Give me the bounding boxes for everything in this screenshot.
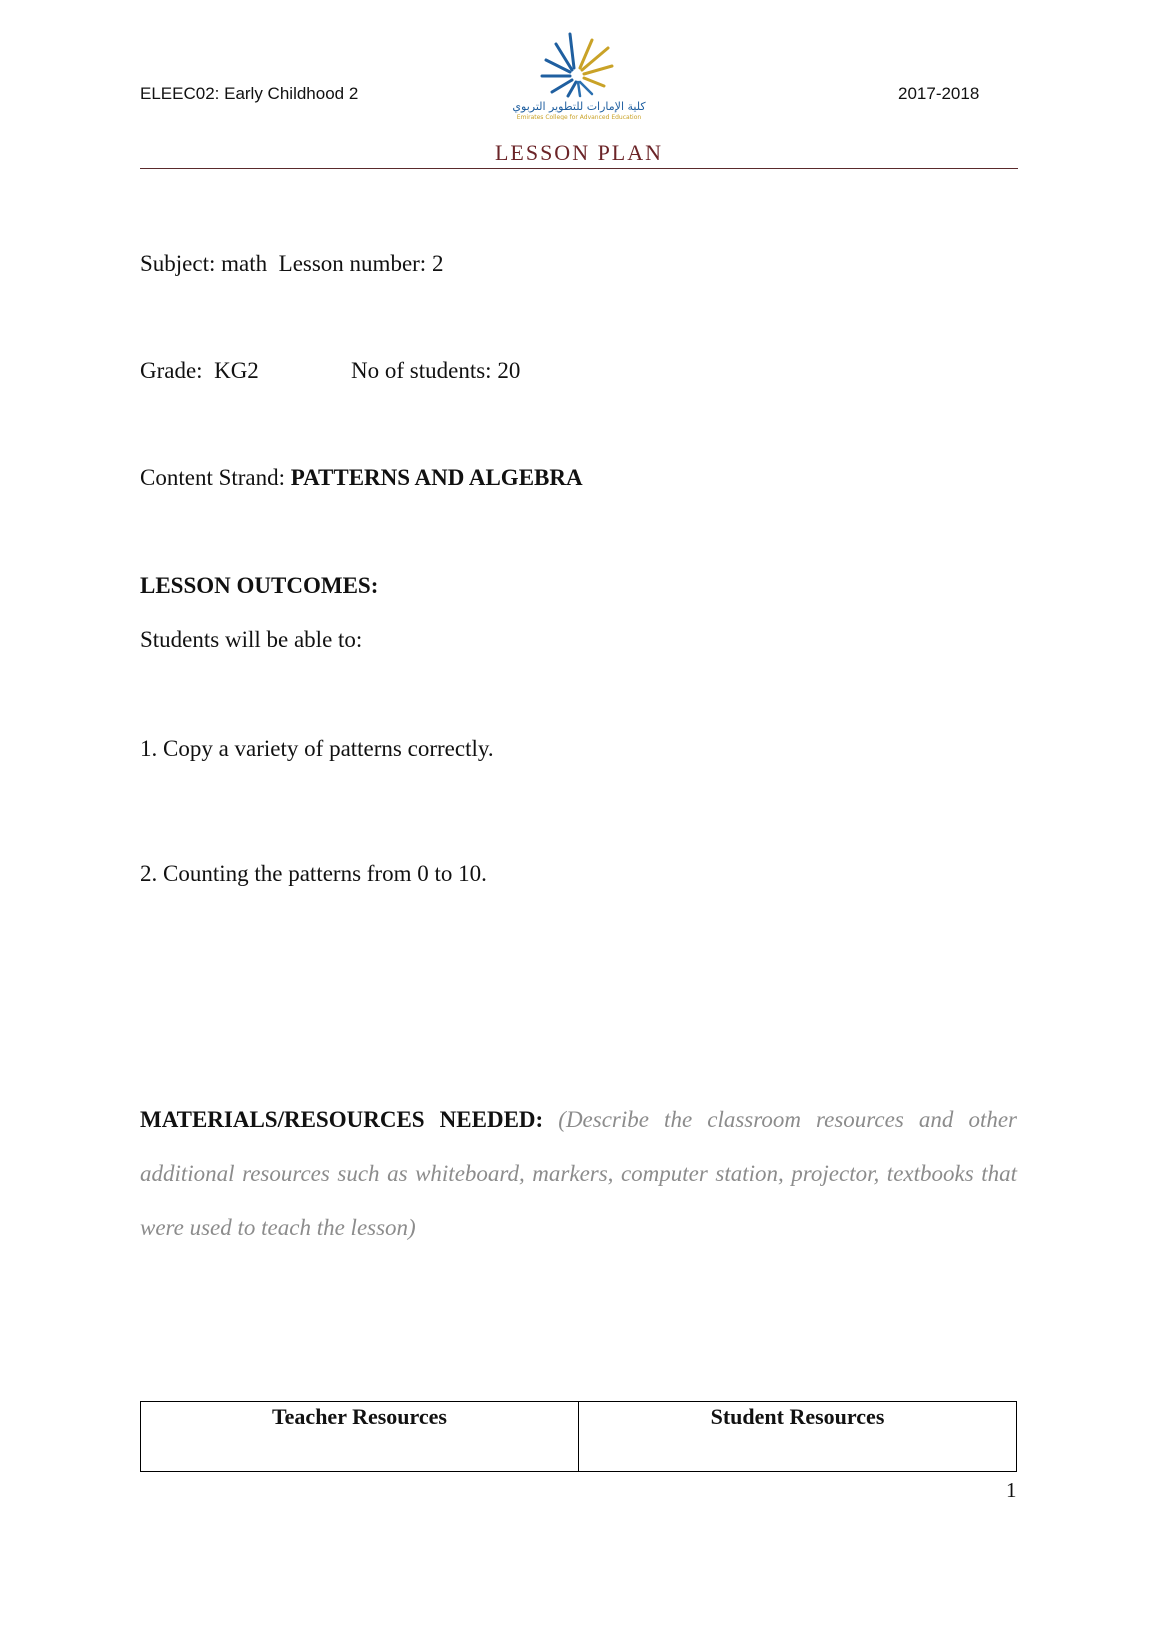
students-label: No of students: [351, 358, 492, 383]
lesson-number-value: 2 [432, 251, 444, 276]
header-divider [140, 168, 1018, 169]
outcomes-intro: Students will be able to: [140, 627, 362, 653]
materials-heading: MATERIALS/RESOURCES NEEDED: [140, 1107, 543, 1132]
outcome-item: 2. Counting the patterns from 0 to 10. [140, 861, 487, 887]
lesson-number-label: Lesson number: [279, 251, 427, 276]
grade-value: KG2 [214, 358, 259, 383]
teacher-resources-header: Teacher Resources [141, 1402, 578, 1471]
outcomes-heading: LESSON OUTCOMES: [140, 573, 378, 599]
students-value: 20 [497, 358, 520, 383]
outcome-item: 1. Copy a variety of patterns correctly. [140, 736, 494, 762]
grade-line: Grade: KG2 [140, 358, 259, 384]
content-strand-label: Content Strand: [140, 465, 285, 490]
subject-label: Subject: [140, 251, 215, 276]
page-title: LESSON PLAN [0, 140, 1158, 166]
student-resources-header: Student Resources [578, 1402, 1016, 1471]
svg-text:كلية الإمارات للتطوير التربوي: كلية الإمارات للتطوير التربوي [512, 100, 646, 113]
materials-section: MATERIALS/RESOURCES NEEDED: (Describe th… [140, 1093, 1017, 1255]
subject-line: Subject: math Lesson number: 2 [140, 251, 443, 277]
academic-year: 2017-2018 [898, 84, 979, 104]
course-name: ELEEC02: Early Childhood 2 [140, 84, 358, 104]
students-line: No of students: 20 [351, 358, 520, 384]
grade-label: Grade: [140, 358, 203, 383]
svg-text:Emirates College for Advanced: Emirates College for Advanced Education [517, 114, 642, 120]
college-logo: كلية الإمارات للتطوير التربوي Emirates C… [512, 30, 646, 120]
content-strand-value: PATTERNS AND ALGEBRA [291, 465, 583, 490]
subject-value: math [221, 251, 267, 276]
starburst-logo-icon: كلية الإمارات للتطوير التربوي Emirates C… [512, 30, 646, 120]
page-number: 1 [1006, 1478, 1017, 1503]
resources-table: Teacher Resources Student Resources [140, 1401, 1017, 1472]
content-strand-line: Content Strand: PATTERNS AND ALGEBRA [140, 465, 583, 491]
